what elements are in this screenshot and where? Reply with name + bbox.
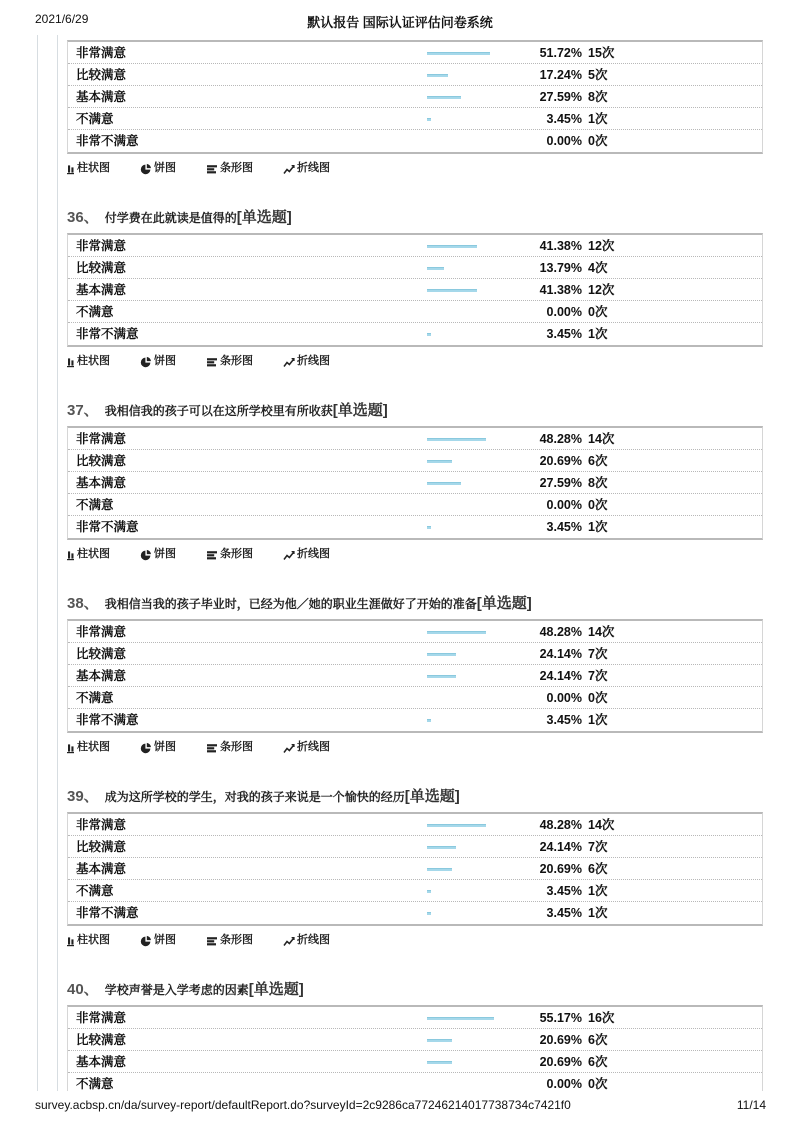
pie-chart-link[interactable]: 饼图 — [140, 162, 176, 175]
line-chart-icon — [283, 356, 295, 368]
option-label: 比较满意 — [68, 1029, 126, 1051]
percent-bar — [427, 653, 456, 656]
print-footer-page: 11/14 — [737, 1098, 766, 1112]
question-text: 我相信我的孩子可以在这所学校里有所收获 — [105, 404, 333, 418]
percent-value: 55.17% — [540, 1007, 582, 1029]
count-value: 7次 — [588, 643, 607, 665]
line-chart-link[interactable]: 折线图 — [283, 162, 330, 175]
question-text: 学校声誉是入学考虑的因素 — [105, 983, 249, 997]
print-footer-url: survey.acbsp.cn/da/survey-report/default… — [35, 1098, 571, 1112]
report-content: 非常满意51.72%15次比较满意17.24%5次基本满意27.59%8次不满意… — [67, 0, 763, 1091]
hbar-chart-link[interactable]: 条形图 — [206, 741, 253, 754]
bar-chart-link[interactable]: 柱状图 — [67, 162, 110, 175]
question-title: 36、付学费在此就读是值得的[单选题] — [67, 205, 763, 227]
table-row: 基本满意27.59%8次 — [68, 86, 762, 108]
hbar-chart-link[interactable]: 条形图 — [206, 355, 253, 368]
percent-bar — [427, 824, 486, 827]
table-row: 不满意3.45%1次 — [68, 108, 762, 130]
question-title: 39、成为这所学校的学生，对我的孩子来说是一个愉快的经历[单选题] — [67, 784, 763, 806]
option-label: 非常不满意 — [68, 130, 139, 152]
option-label: 非常满意 — [68, 235, 126, 257]
chart-links: 柱状图饼图条形图折线图 — [67, 934, 763, 947]
chart-link-label: 折线图 — [297, 741, 330, 754]
option-label: 比较满意 — [68, 836, 126, 858]
chart-link-label: 柱状图 — [77, 741, 110, 754]
count-value: 1次 — [588, 709, 607, 731]
chart-link-label: 折线图 — [297, 162, 330, 175]
percent-bar — [427, 289, 477, 292]
percent-bar — [427, 846, 456, 849]
option-label: 非常满意 — [68, 621, 126, 643]
hbar-chart-link[interactable]: 条形图 — [206, 162, 253, 175]
count-value: 15次 — [588, 42, 614, 64]
question-block: 38、我相信当我的孩子毕业时，已经为他／她的职业生涯做好了开始的准备[单选题]非… — [67, 591, 763, 754]
bar-chart-link[interactable]: 柱状图 — [67, 355, 110, 368]
pie-chart-icon — [140, 742, 152, 754]
hbar-chart-icon — [206, 356, 218, 368]
option-label: 基本满意 — [68, 279, 126, 301]
chart-links: 柱状图饼图条形图折线图 — [67, 162, 763, 175]
percent-value: 3.45% — [547, 880, 582, 902]
option-label: 基本满意 — [68, 86, 126, 108]
line-chart-icon — [283, 163, 295, 175]
option-label: 比较满意 — [68, 64, 126, 86]
percent-value: 13.79% — [540, 257, 582, 279]
line-chart-icon — [283, 742, 295, 754]
pie-chart-link[interactable]: 饼图 — [140, 548, 176, 561]
percent-value: 24.14% — [540, 643, 582, 665]
table-row: 比较满意13.79%4次 — [68, 257, 762, 279]
percent-bar — [427, 890, 431, 893]
report-page: 2021/6/29 默认报告 国际认证评估问卷系统 非常满意51.72%15次比… — [0, 0, 800, 1131]
option-label: 基本满意 — [68, 472, 126, 494]
question-number: 37、 — [67, 402, 99, 419]
count-value: 7次 — [588, 665, 607, 687]
option-label: 基本满意 — [68, 858, 126, 880]
percent-value: 3.45% — [547, 709, 582, 731]
percent-bar — [427, 52, 490, 55]
chart-links: 柱状图饼图条形图折线图 — [67, 548, 763, 561]
percent-value: 48.28% — [540, 814, 582, 836]
count-value: 6次 — [588, 858, 607, 880]
question-block: 37、我相信我的孩子可以在这所学校里有所收获[单选题]非常满意48.28%14次… — [67, 398, 763, 561]
chart-link-label: 柱状图 — [77, 548, 110, 561]
left-rule-outer — [37, 35, 38, 1091]
hbar-chart-icon — [206, 742, 218, 754]
percent-value: 24.14% — [540, 665, 582, 687]
chart-link-label: 条形图 — [220, 355, 253, 368]
table-row: 非常不满意0.00%0次 — [68, 130, 762, 152]
chart-link-label: 饼图 — [154, 162, 176, 175]
table-row: 非常满意51.72%15次 — [68, 42, 762, 64]
hbar-chart-icon — [206, 163, 218, 175]
option-label: 非常满意 — [68, 814, 126, 836]
count-value: 16次 — [588, 1007, 614, 1029]
percent-value: 3.45% — [547, 323, 582, 345]
chart-link-label: 条形图 — [220, 548, 253, 561]
pie-chart-link[interactable]: 饼图 — [140, 741, 176, 754]
table-row: 不满意0.00%0次 — [68, 494, 762, 516]
table-row: 基本满意20.69%6次 — [68, 858, 762, 880]
count-value: 1次 — [588, 902, 607, 924]
count-value: 0次 — [588, 130, 607, 152]
count-value: 5次 — [588, 64, 607, 86]
option-label: 比较满意 — [68, 450, 126, 472]
percent-value: 51.72% — [540, 42, 582, 64]
line-chart-icon — [283, 935, 295, 947]
table-row: 非常满意48.28%14次 — [68, 428, 762, 450]
count-value: 12次 — [588, 235, 614, 257]
question-block: 40、学校声誉是入学考虑的因素[单选题]非常满意55.17%16次比较满意20.… — [67, 977, 763, 1091]
percent-value: 0.00% — [547, 301, 582, 323]
pie-chart-link[interactable]: 饼图 — [140, 355, 176, 368]
count-value: 1次 — [588, 516, 607, 538]
percent-value: 24.14% — [540, 836, 582, 858]
answer-table: 非常满意48.28%14次比较满意24.14%7次基本满意20.69%6次不满意… — [67, 812, 763, 926]
option-label: 非常满意 — [68, 428, 126, 450]
bar-chart-icon — [67, 935, 75, 947]
percent-value: 48.28% — [540, 428, 582, 450]
table-row: 比较满意20.69%6次 — [68, 450, 762, 472]
count-value: 4次 — [588, 257, 607, 279]
count-value: 14次 — [588, 428, 614, 450]
bar-chart-link[interactable]: 柱状图 — [67, 548, 110, 561]
chart-link-label: 饼图 — [154, 548, 176, 561]
table-row: 不满意3.45%1次 — [68, 880, 762, 902]
option-label: 非常不满意 — [68, 516, 139, 538]
percent-value: 17.24% — [540, 64, 582, 86]
percent-value: 0.00% — [547, 130, 582, 152]
line-chart-link[interactable]: 折线图 — [283, 741, 330, 754]
question-text: 付学费在此就读是值得的 — [105, 211, 237, 225]
percent-value: 0.00% — [547, 687, 582, 709]
count-value: 0次 — [588, 1073, 607, 1091]
percent-value: 20.69% — [540, 1051, 582, 1073]
count-value: 12次 — [588, 279, 614, 301]
question-block: 非常满意51.72%15次比较满意17.24%5次基本满意27.59%8次不满意… — [67, 40, 763, 175]
percent-bar — [427, 1039, 452, 1042]
table-row: 非常满意55.17%16次 — [68, 1007, 762, 1029]
bar-chart-link[interactable]: 柱状图 — [67, 934, 110, 947]
percent-value: 0.00% — [547, 494, 582, 516]
option-label: 基本满意 — [68, 665, 126, 687]
question-number: 38、 — [67, 595, 99, 612]
table-row: 比较满意17.24%5次 — [68, 64, 762, 86]
count-value: 6次 — [588, 1029, 607, 1051]
option-label: 非常满意 — [68, 1007, 126, 1029]
count-value: 8次 — [588, 472, 607, 494]
pie-chart-link[interactable]: 饼图 — [140, 934, 176, 947]
percent-bar — [427, 245, 477, 248]
answer-table: 非常满意51.72%15次比较满意17.24%5次基本满意27.59%8次不满意… — [67, 40, 763, 154]
percent-value: 41.38% — [540, 235, 582, 257]
table-row: 非常不满意3.45%1次 — [68, 323, 762, 345]
count-value: 1次 — [588, 323, 607, 345]
option-label: 不满意 — [68, 1073, 114, 1091]
pie-chart-icon — [140, 356, 152, 368]
percent-bar — [427, 74, 448, 77]
count-value: 6次 — [588, 450, 607, 472]
option-label: 比较满意 — [68, 643, 126, 665]
bar-chart-icon — [67, 356, 75, 368]
option-label: 非常满意 — [68, 42, 126, 64]
table-row: 基本满意24.14%7次 — [68, 665, 762, 687]
count-value: 0次 — [588, 687, 607, 709]
option-label: 比较满意 — [68, 257, 126, 279]
question-text: 我相信当我的孩子毕业时，已经为他／她的职业生涯做好了开始的准备 — [105, 597, 477, 611]
pie-chart-icon — [140, 163, 152, 175]
line-chart-link[interactable]: 折线图 — [283, 355, 330, 368]
table-row: 非常满意48.28%14次 — [68, 621, 762, 643]
percent-bar — [427, 526, 431, 529]
table-row: 不满意0.00%0次 — [68, 301, 762, 323]
count-value: 0次 — [588, 301, 607, 323]
option-label: 非常不满意 — [68, 709, 139, 731]
chart-links: 柱状图饼图条形图折线图 — [67, 355, 763, 368]
chart-link-label: 柱状图 — [77, 162, 110, 175]
percent-value: 27.59% — [540, 472, 582, 494]
option-label: 不满意 — [68, 880, 114, 902]
count-value: 6次 — [588, 1051, 607, 1073]
question-title: 38、我相信当我的孩子毕业时，已经为他／她的职业生涯做好了开始的准备[单选题] — [67, 591, 763, 613]
hbar-chart-link[interactable]: 条形图 — [206, 934, 253, 947]
chart-link-label: 饼图 — [154, 741, 176, 754]
count-value: 14次 — [588, 621, 614, 643]
answer-table: 非常满意48.28%14次比较满意20.69%6次基本满意27.59%8次不满意… — [67, 426, 763, 540]
option-label: 不满意 — [68, 108, 114, 130]
line-chart-link[interactable]: 折线图 — [283, 548, 330, 561]
chart-link-label: 条形图 — [220, 741, 253, 754]
bar-chart-icon — [67, 742, 75, 754]
option-label: 不满意 — [68, 687, 114, 709]
count-value: 14次 — [588, 814, 614, 836]
pie-chart-icon — [140, 935, 152, 947]
percent-value: 3.45% — [547, 108, 582, 130]
question-title: 40、学校声誉是入学考虑的因素[单选题] — [67, 977, 763, 999]
percent-bar — [427, 118, 431, 121]
table-row: 基本满意27.59%8次 — [68, 472, 762, 494]
option-label: 基本满意 — [68, 1051, 126, 1073]
bar-chart-icon — [67, 549, 75, 561]
percent-bar — [427, 719, 431, 722]
chart-link-label: 条形图 — [220, 934, 253, 947]
question-type-tag: [单选题] — [405, 788, 460, 805]
table-row: 基本满意20.69%6次 — [68, 1051, 762, 1073]
table-row: 非常不满意3.45%1次 — [68, 516, 762, 538]
percent-bar — [427, 912, 431, 915]
question-text: 成为这所学校的学生，对我的孩子来说是一个愉快的经历 — [105, 790, 405, 804]
hbar-chart-link[interactable]: 条形图 — [206, 548, 253, 561]
pie-chart-icon — [140, 549, 152, 561]
percent-value: 3.45% — [547, 516, 582, 538]
table-row: 非常满意41.38%12次 — [68, 235, 762, 257]
option-label: 不满意 — [68, 301, 114, 323]
question-block: 36、付学费在此就读是值得的[单选题]非常满意41.38%12次比较满意13.7… — [67, 205, 763, 368]
percent-value: 27.59% — [540, 86, 582, 108]
chart-link-label: 饼图 — [154, 934, 176, 947]
option-label: 不满意 — [68, 494, 114, 516]
percent-bar — [427, 482, 461, 485]
table-row: 比较满意20.69%6次 — [68, 1029, 762, 1051]
line-chart-link[interactable]: 折线图 — [283, 934, 330, 947]
question-type-tag: [单选题] — [333, 402, 388, 419]
option-label: 非常不满意 — [68, 323, 139, 345]
count-value: 1次 — [588, 880, 607, 902]
question-block: 39、成为这所学校的学生，对我的孩子来说是一个愉快的经历[单选题]非常满意48.… — [67, 784, 763, 947]
percent-value: 20.69% — [540, 858, 582, 880]
percent-value: 0.00% — [547, 1073, 582, 1091]
answer-table: 非常满意55.17%16次比较满意20.69%6次基本满意20.69%6次不满意… — [67, 1005, 763, 1091]
left-rule-inner — [57, 35, 58, 1091]
percent-bar — [427, 438, 486, 441]
table-row: 不满意0.00%0次 — [68, 1073, 762, 1091]
bar-chart-icon — [67, 163, 75, 175]
table-row: 基本满意41.38%12次 — [68, 279, 762, 301]
answer-table: 非常满意48.28%14次比较满意24.14%7次基本满意24.14%7次不满意… — [67, 619, 763, 733]
chart-link-label: 折线图 — [297, 934, 330, 947]
hbar-chart-icon — [206, 935, 218, 947]
question-number: 39、 — [67, 788, 99, 805]
percent-value: 48.28% — [540, 621, 582, 643]
table-row: 比较满意24.14%7次 — [68, 643, 762, 665]
question-number: 40、 — [67, 981, 99, 998]
answer-table: 非常满意41.38%12次比较满意13.79%4次基本满意41.38%12次不满… — [67, 233, 763, 347]
option-label: 非常不满意 — [68, 902, 139, 924]
chart-link-label: 柱状图 — [77, 934, 110, 947]
chart-link-label: 折线图 — [297, 548, 330, 561]
question-type-tag: [单选题] — [237, 209, 292, 226]
bar-chart-link[interactable]: 柱状图 — [67, 741, 110, 754]
table-row: 非常不满意3.45%1次 — [68, 902, 762, 924]
percent-value: 3.45% — [547, 902, 582, 924]
table-row: 比较满意24.14%7次 — [68, 836, 762, 858]
percent-value: 20.69% — [540, 1029, 582, 1051]
hbar-chart-icon — [206, 549, 218, 561]
percent-bar — [427, 631, 486, 634]
chart-link-label: 条形图 — [220, 162, 253, 175]
table-row: 不满意0.00%0次 — [68, 687, 762, 709]
percent-bar — [427, 675, 456, 678]
table-row: 非常不满意3.45%1次 — [68, 709, 762, 731]
count-value: 8次 — [588, 86, 607, 108]
count-value: 7次 — [588, 836, 607, 858]
percent-bar — [427, 333, 431, 336]
question-title: 37、我相信我的孩子可以在这所学校里有所收获[单选题] — [67, 398, 763, 420]
chart-links: 柱状图饼图条形图折线图 — [67, 741, 763, 754]
percent-value: 20.69% — [540, 450, 582, 472]
chart-link-label: 折线图 — [297, 355, 330, 368]
percent-bar — [427, 96, 461, 99]
count-value: 0次 — [588, 494, 607, 516]
line-chart-icon — [283, 549, 295, 561]
percent-bar — [427, 868, 452, 871]
question-type-tag: [单选题] — [477, 595, 532, 612]
percent-bar — [427, 1061, 452, 1064]
chart-link-label: 柱状图 — [77, 355, 110, 368]
percent-bar — [427, 1017, 494, 1020]
percent-bar — [427, 267, 444, 270]
question-number: 36、 — [67, 209, 99, 226]
count-value: 1次 — [588, 108, 607, 130]
percent-value: 41.38% — [540, 279, 582, 301]
percent-bar — [427, 460, 452, 463]
question-type-tag: [单选题] — [249, 981, 304, 998]
chart-link-label: 饼图 — [154, 355, 176, 368]
table-row: 非常满意48.28%14次 — [68, 814, 762, 836]
